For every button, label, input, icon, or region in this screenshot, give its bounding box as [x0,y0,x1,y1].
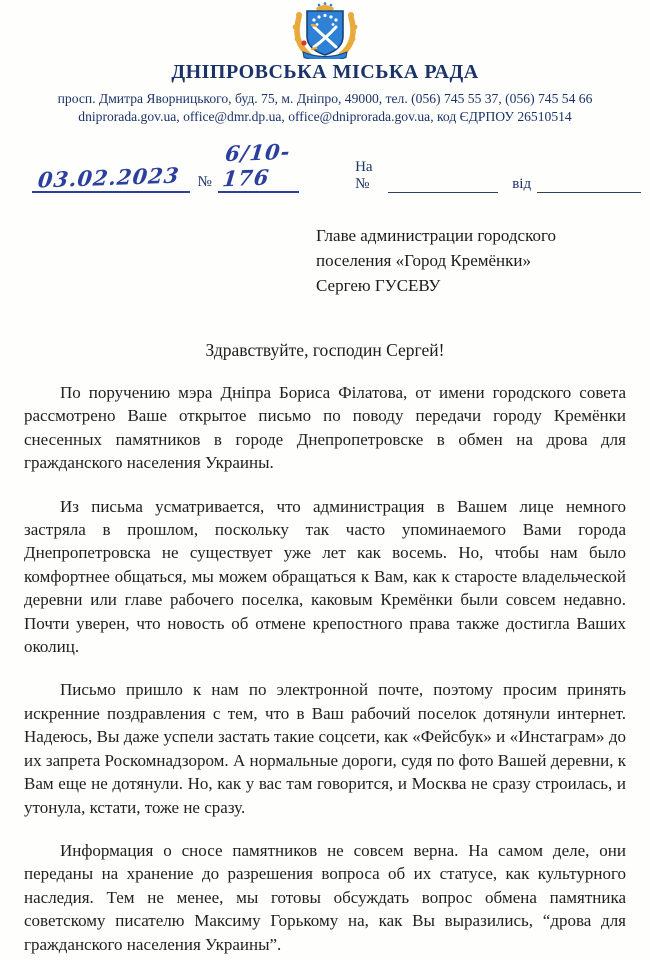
incoming-reference: На № від [355,159,641,193]
handwritten-number: 6/10-176 [221,139,291,191]
address-line-1: просп. Дмитра Яворницького, буд. 75, м. … [24,90,626,108]
incoming-date-blank [537,178,641,193]
address-line-2: dniprorada.gov.ua, office@dmr.dp.ua, off… [24,108,626,126]
outgoing-date-field: 03.02.2023 [32,165,190,193]
paragraph-1: По поручению мэра Дніпра Бориса Філатова… [24,381,626,475]
reference-row: 03.02.2023 № 6/10-176 На № від [24,140,626,193]
organization-address: просп. Дмитра Яворницького, буд. 75, м. … [24,90,626,126]
emblem [24,0,626,59]
paragraph-2: Из письма усматривается, что администрац… [24,495,626,659]
addressee-line-2: поселения «Город Кремёнки» [316,248,626,273]
letterhead: ДНІПРОВСЬКА МІСЬКА РАДА просп. Дмитра Яв… [24,0,626,126]
coat-of-arms-icon [284,1,366,59]
handwritten-date: 03.02.2023 [37,162,181,192]
letter-page: ДНІПРОВСЬКА МІСЬКА РАДА просп. Дмитра Яв… [0,0,650,960]
salutation: Здравствуйте, господин Сергей! [24,340,626,361]
incoming-from-label: від [512,176,531,193]
organization-name: ДНІПРОВСЬКА МІСЬКА РАДА [24,61,626,84]
outgoing-reference: 03.02.2023 № 6/10-176 [32,140,299,193]
letter-body: По поручению мэра Дніпра Бориса Філатова… [24,381,626,956]
outgoing-number-field: 6/10-176 [218,140,299,193]
paragraph-3: Письмо пришло к нам по электронной почте… [24,678,626,818]
number-sign: № [198,174,212,191]
paragraph-4: Информация о сносе памятников не совсем … [24,839,626,956]
incoming-number-label: На № [355,159,388,193]
addressee-line-3: Сергею ГУСЕВУ [316,273,626,298]
incoming-number-blank [388,178,498,193]
addressee-block: Главе администрации городского поселения… [316,223,626,298]
addressee-line-1: Главе администрации городского [316,223,626,248]
